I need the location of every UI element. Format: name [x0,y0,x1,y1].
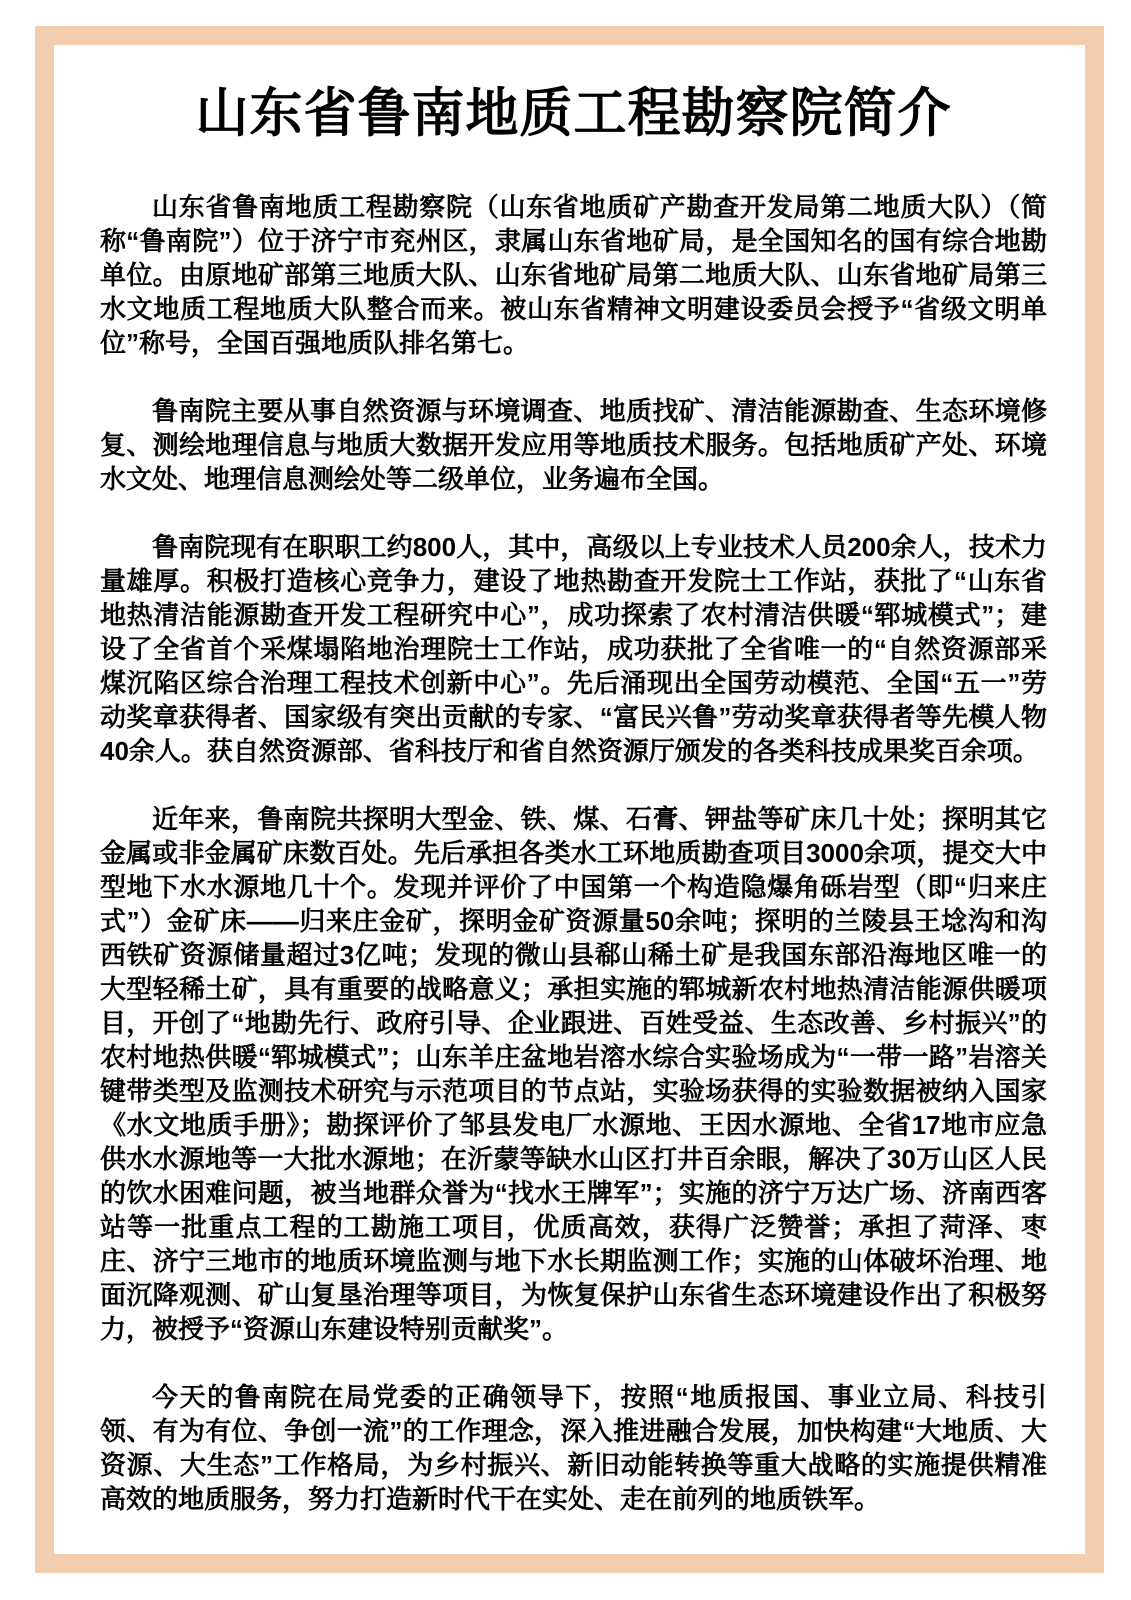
document-page-frame: 山东省鲁南地质工程勘察院简介 山东省鲁南地质工程勘察院（山东省地质矿产勘查开发局… [35,26,1104,1573]
paragraph-overview: 山东省鲁南地质工程勘察院（山东省地质矿产勘查开发局第二地质大队）（简称“鲁南院”… [100,190,1047,360]
document-background: { "doc": { "title": "山东省鲁南地质工程勘察院简介", "p… [0,0,1131,1600]
paragraph-services: 鲁南院主要从事自然资源与环境调查、地质找矿、清洁能源勘查、生态环境修复、测绘地理… [100,394,1047,496]
paragraph-staff-achievements: 鲁南院现有在职职工约800人，其中，高级以上专业技术人员200余人，技术力量雄厚… [100,530,1047,768]
paragraph-recent-projects: 近年来，鲁南院共探明大型金、铁、煤、石膏、钾盐等矿床几十处；探明其它金属或非金属… [100,802,1047,1346]
document-page-content: 山东省鲁南地质工程勘察院简介 山东省鲁南地质工程勘察院（山东省地质矿产勘查开发局… [54,45,1085,1516]
paragraph-outlook: 今天的鲁南院在局党委的正确领导下，按照“地质报国、事业立局、科技引领、有为有位、… [100,1380,1047,1516]
page-title: 山东省鲁南地质工程勘察院简介 [100,81,1047,147]
